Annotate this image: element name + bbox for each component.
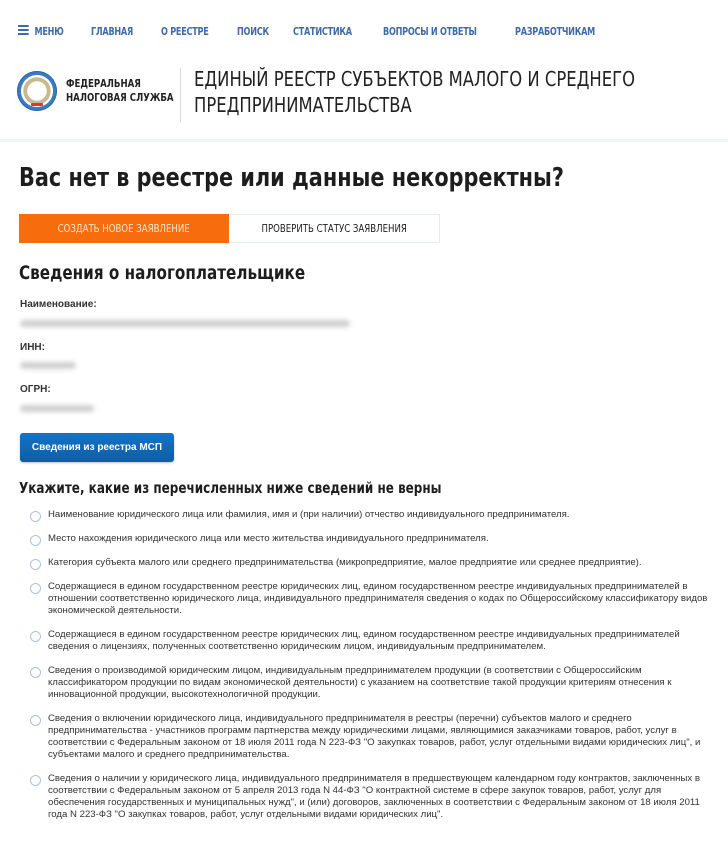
registry-title: Единый реестр субъектов малого и среднег… (194, 66, 642, 118)
option-contracts[interactable]: Сведения о наличии у юридического лица, … (30, 773, 720, 821)
taxpayer-section-title: Сведения о налогоплательщике (19, 262, 305, 284)
inn-value-redacted (20, 362, 76, 369)
msp-registry-info-button[interactable]: Сведения из реестра МСП (20, 433, 174, 462)
radio-button[interactable] (30, 631, 41, 642)
inn-label: ИНН: (20, 342, 45, 353)
option-licenses[interactable]: Содержащиеся в едином государственном ре… (30, 629, 720, 653)
option-category[interactable]: Категория субъекта малого или среднего п… (30, 557, 720, 570)
nav-link-statistics[interactable]: Статистика (293, 25, 352, 38)
radio-button[interactable] (30, 559, 41, 570)
top-navigation: Меню Главная О реестре Поиск Статистика … (18, 22, 631, 40)
menu-button[interactable]: Меню (18, 25, 63, 38)
radio-button[interactable] (30, 583, 41, 594)
ogrn-label: ОГРН: (20, 384, 51, 395)
application-tabs: Создать новое заявление Проверить статус… (19, 214, 440, 243)
nav-link-home[interactable]: Главная (91, 25, 133, 38)
option-okved-codes[interactable]: Содержащиеся в едином государственном ре… (30, 581, 720, 617)
radio-button[interactable] (30, 667, 41, 678)
option-products[interactable]: Сведения о производимой юридическим лицо… (30, 665, 720, 701)
page-title: Вас нет в реестре или данные некорректны… (19, 163, 564, 193)
nav-link-faq[interactable]: Вопросы и ответы (383, 25, 477, 38)
radio-button[interactable] (30, 775, 41, 786)
brand-divider (180, 68, 181, 122)
tab-check-status[interactable]: Проверить статус заявления (229, 214, 440, 243)
tab-create-application[interactable]: Создать новое заявление (19, 214, 229, 243)
menu-label: Меню (35, 25, 64, 38)
hamburger-icon (18, 25, 29, 35)
brand-header: Федеральная налоговая служба Единый реес… (0, 60, 728, 142)
radio-button[interactable] (30, 511, 41, 522)
nav-link-developers[interactable]: Разработчикам (515, 25, 595, 38)
nav-link-search[interactable]: Поиск (237, 25, 269, 38)
radio-button[interactable] (30, 715, 41, 726)
fns-emblem-logo[interactable] (17, 71, 57, 111)
name-value-redacted (20, 320, 350, 327)
ogrn-value-redacted (20, 405, 94, 412)
fns-name[interactable]: Федеральная налоговая служба (66, 77, 174, 105)
name-label: Наименование: (20, 299, 97, 310)
option-location[interactable]: Место нахождения юридического лица или м… (30, 533, 720, 546)
option-partnership-registries[interactable]: Сведения о включении юридического лица, … (30, 713, 720, 761)
option-name[interactable]: Наименование юридического лица или фамил… (30, 509, 720, 522)
nav-link-about-registry[interactable]: О реестре (161, 25, 209, 38)
incorrect-data-question: Укажите, какие из перечисленных ниже све… (19, 479, 442, 497)
radio-button[interactable] (30, 535, 41, 546)
